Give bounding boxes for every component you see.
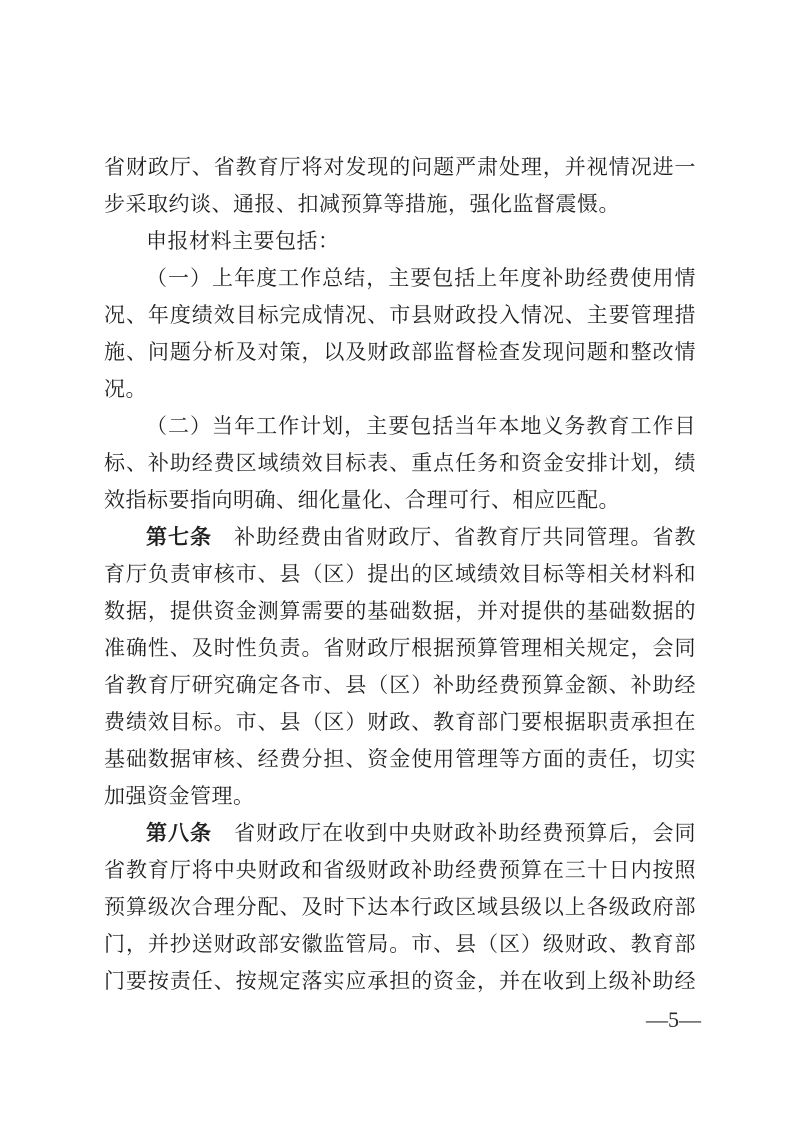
line-text: 基础数据审核、经费分担、资金使用管理等方面的责任，切实	[104, 747, 696, 771]
line-text: 省教育厅将中央财政和省级财政补助经费预算在三十日内按照	[104, 858, 696, 882]
line-text: 预算级次合理分配、及时下达本行政区域县级以上各级政府部	[104, 895, 696, 919]
text-line: 门，并抄送财政部安徽监管局。市、县（区）级财政、教育部	[104, 926, 696, 963]
line-text: 省财政厅在收到中央财政补助经费预算后，会同	[212, 821, 696, 845]
text-line: 申报材料主要包括：	[104, 223, 696, 260]
text-line: 第八条 省财政厅在收到中央财政补助经费预算后，会同	[104, 815, 696, 852]
text-line: 预算级次合理分配、及时下达本行政区域县级以上各级政府部	[104, 889, 696, 926]
text-line: （一）上年度工作总结，主要包括上年度补助经费使用情	[104, 260, 696, 297]
line-text: 数据，提供资金测算需要的基础数据，并对提供的基础数据的	[104, 599, 696, 623]
text-line: 加强资金管理。	[104, 778, 696, 815]
text-line: 门要按责任、按规定落实应承担的资金，并在收到上级补助经	[104, 963, 696, 1000]
text-line: 数据，提供资金测算需要的基础数据，并对提供的基础数据的	[104, 593, 696, 630]
text-line: 况。	[104, 371, 696, 408]
document-page: 省财政厅、省教育厅将对发现的问题严肃处理，并视情况进一步采取约谈、通报、扣减预算…	[0, 0, 793, 1122]
text-line: 育厅负责审核市、县（区）提出的区域绩效目标等相关材料和	[104, 556, 696, 593]
line-text: 门要按责任、按规定落实应承担的资金，并在收到上级补助经	[104, 969, 696, 993]
text-line: 省教育厅研究确定各市、县（区）补助经费预算金额、补助经	[104, 667, 696, 704]
line-text: 省教育厅研究确定各市、县（区）补助经费预算金额、补助经	[104, 673, 696, 697]
line-text: 况。	[104, 377, 147, 401]
line-text: 省财政厅、省教育厅将对发现的问题严肃处理，并视情况进一	[104, 155, 696, 179]
text-line: 准确性、及时性负责。省财政厅根据预算管理相关规定，会同	[104, 630, 696, 667]
article-number: 第七条	[146, 525, 212, 549]
line-text: 补助经费由省财政厅、省教育厅共同管理。省教	[212, 525, 696, 549]
line-text: 况、年度绩效目标完成情况、市县财政投入情况、主要管理措	[104, 303, 696, 327]
text-line: 标、补助经费区域绩效目标表、重点任务和资金安排计划，绩	[104, 445, 696, 482]
text-line: 费绩效目标。市、县（区）财政、教育部门要根据职责承担在	[104, 704, 696, 741]
line-text: 费绩效目标。市、县（区）财政、教育部门要根据职责承担在	[104, 710, 696, 734]
line-text: 施、问题分析及对策，以及财政部监督检查发现问题和整改情	[104, 340, 696, 364]
article-number: 第八条	[146, 821, 212, 845]
text-line: 施、问题分析及对策，以及财政部监督检查发现问题和整改情	[104, 334, 696, 371]
text-line: （二）当年工作计划，主要包括当年本地义务教育工作目	[104, 408, 696, 445]
line-text: 标、补助经费区域绩效目标表、重点任务和资金安排计划，绩	[104, 451, 696, 475]
text-line: 第七条 补助经费由省财政厅、省教育厅共同管理。省教	[104, 519, 696, 556]
line-text: 加强资金管理。	[104, 784, 255, 808]
line-text: 申报材料主要包括：	[146, 229, 340, 253]
text-line: 效指标要指向明确、细化量化、合理可行、相应匹配。	[104, 482, 696, 519]
text-line: 况、年度绩效目标完成情况、市县财政投入情况、主要管理措	[104, 297, 696, 334]
text-line: 省财政厅、省教育厅将对发现的问题严肃处理，并视情况进一	[104, 149, 696, 186]
line-text: 效指标要指向明确、细化量化、合理可行、相应匹配。	[104, 488, 620, 512]
line-text: （二）当年工作计划，主要包括当年本地义务教育工作目	[146, 414, 696, 438]
line-text: 育厅负责审核市、县（区）提出的区域绩效目标等相关材料和	[104, 562, 696, 586]
page-number: —5—	[646, 1007, 701, 1033]
document-body: 省财政厅、省教育厅将对发现的问题严肃处理，并视情况进一步采取约谈、通报、扣减预算…	[104, 149, 696, 1000]
text-line: 基础数据审核、经费分担、资金使用管理等方面的责任，切实	[104, 741, 696, 778]
line-text: （一）上年度工作总结，主要包括上年度补助经费使用情	[146, 266, 696, 290]
line-text: 准确性、及时性负责。省财政厅根据预算管理相关规定，会同	[104, 636, 696, 660]
line-text: 步采取约谈、通报、扣减预算等措施，强化监督震慑。	[104, 192, 620, 216]
line-text: 门，并抄送财政部安徽监管局。市、县（区）级财政、教育部	[104, 932, 696, 956]
text-line: 省教育厅将中央财政和省级财政补助经费预算在三十日内按照	[104, 852, 696, 889]
text-line: 步采取约谈、通报、扣减预算等措施，强化监督震慑。	[104, 186, 696, 223]
